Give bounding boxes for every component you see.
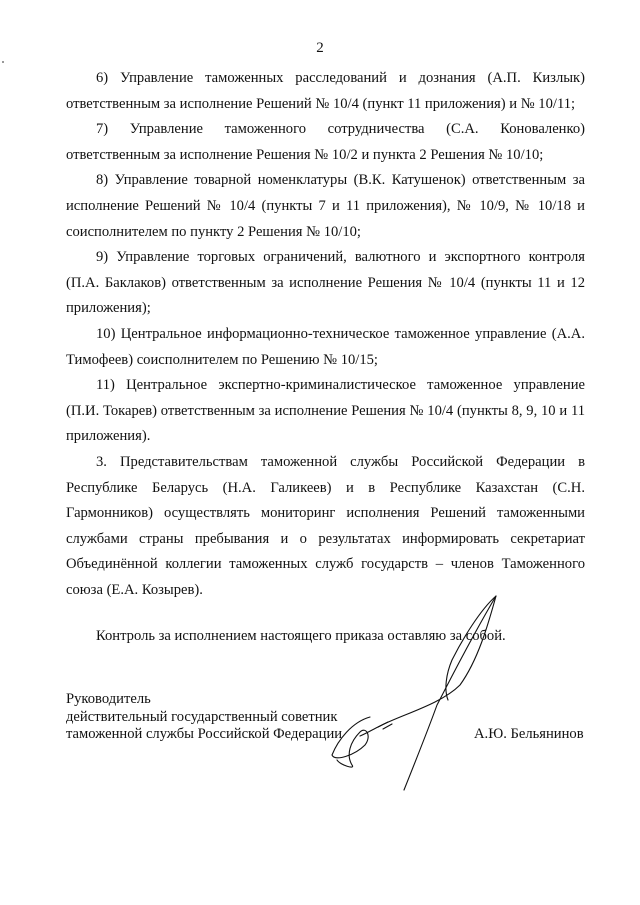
handwritten-signature bbox=[0, 0, 640, 905]
